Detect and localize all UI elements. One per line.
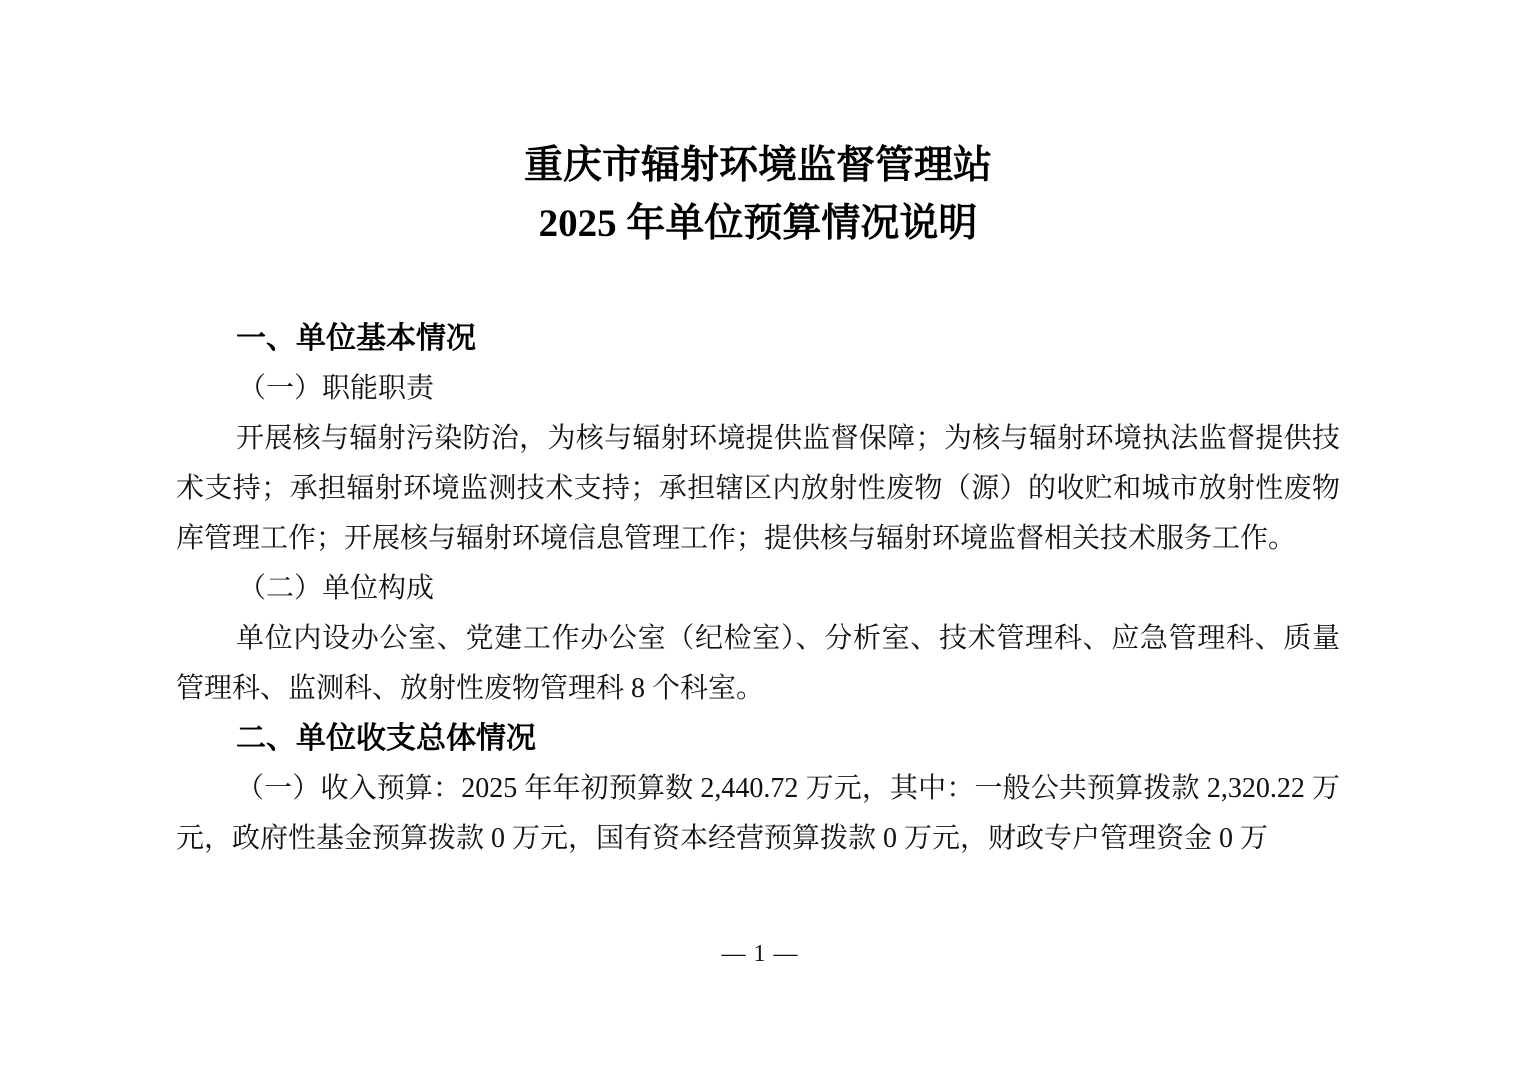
title-line-2: 2025 年单位预算情况说明 — [176, 195, 1340, 253]
paragraph-composition: 单位内设办公室、党建工作办公室（纪检室）、分析室、技术管理科、应急管理科、质量管… — [176, 614, 1340, 714]
section-heading-basic-info: 一、单位基本情况 — [176, 314, 1340, 364]
section-heading-budget-overview: 二、单位收支总体情况 — [176, 714, 1340, 764]
paragraph-duties: 开展核与辐射污染防治，为核与辐射环境提供监督保障；为核与辐射环境执法监督提供技术… — [176, 414, 1340, 564]
page-number: — 1 — — [722, 941, 799, 967]
paragraph-revenue-budget: （一）收入预算：2025 年年初预算数 2,440.72 万元，其中：一般公共预… — [176, 764, 1340, 864]
subsection-heading-composition: （二）单位构成 — [176, 564, 1340, 614]
subsection-heading-duties: （一）职能职责 — [176, 364, 1340, 414]
title-line-1: 重庆市辐射环境监督管理站 — [176, 137, 1340, 195]
document-title: 重庆市辐射环境监督管理站 2025 年单位预算情况说明 — [176, 137, 1340, 253]
document-body: 一、单位基本情况 （一）职能职责 开展核与辐射污染防治，为核与辐射环境提供监督保… — [176, 314, 1340, 864]
page-content: 重庆市辐射环境监督管理站 2025 年单位预算情况说明 一、单位基本情况 （一）… — [176, 0, 1340, 864]
page-footer: — 1 — — [0, 940, 1520, 968]
document-page: 重庆市辐射环境监督管理站 2025 年单位预算情况说明 一、单位基本情况 （一）… — [0, 0, 1520, 1074]
